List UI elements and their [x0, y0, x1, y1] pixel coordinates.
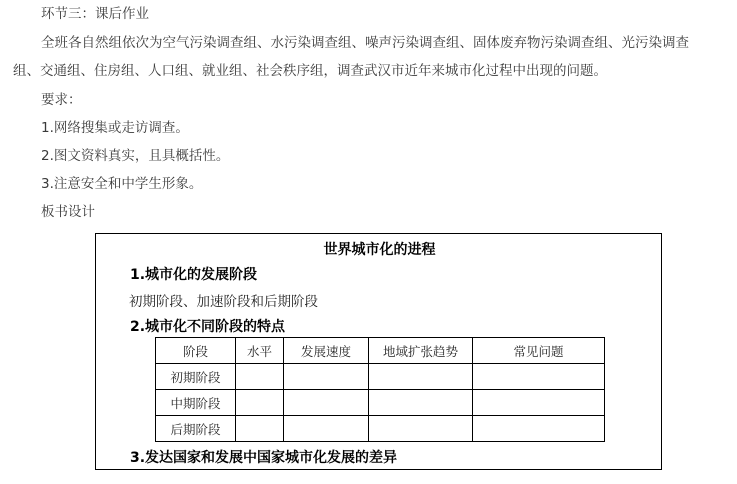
requirement-item-1: 1.网络搜集或走访调查。 [41, 119, 189, 137]
table-cell [369, 416, 473, 442]
board-title: 世界城市化的进程 [96, 239, 663, 259]
column-header: 常见问题 [473, 338, 605, 364]
table-cell [473, 364, 605, 390]
board-design-label: 板书设计 [41, 203, 95, 221]
table-cell [236, 416, 284, 442]
column-header: 发展速度 [284, 338, 369, 364]
stages-table: 阶段 水平 发展速度 地域扩张趋势 常见问题 初期阶段 中期阶段 后期阶段 [155, 337, 605, 442]
board-design-box: 世界城市化的进程 1.城市化的发展阶段 初期阶段、加速阶段和后期阶段 2.城市化… [95, 233, 662, 470]
table-header-row: 阶段 水平 发展速度 地域扩张趋势 常见问题 [156, 338, 605, 364]
table-cell: 初期阶段 [156, 364, 236, 390]
table-cell [473, 390, 605, 416]
table-row: 中期阶段 [156, 390, 605, 416]
requirements-label: 要求： [41, 91, 82, 109]
table-cell [236, 364, 284, 390]
table-cell [284, 416, 369, 442]
table-cell [284, 364, 369, 390]
requirement-item-2: 2.图文资料真实，且具概括性。 [41, 147, 229, 165]
column-header: 水平 [236, 338, 284, 364]
assignment-line-1: 全班各自然组依次为空气污染调查组、水污染调查组、噪声污染调查组、固体废弃物污染调… [41, 34, 689, 52]
requirement-item-3: 3.注意安全和中学生形象。 [41, 175, 202, 193]
table-cell: 后期阶段 [156, 416, 236, 442]
table-cell [369, 364, 473, 390]
column-header: 地域扩张趋势 [369, 338, 473, 364]
section-heading: 环节三：课后作业 [41, 5, 149, 23]
board-heading-2: 2.城市化不同阶段的特点 [130, 316, 285, 336]
board-heading-1: 1.城市化的发展阶段 [130, 264, 257, 284]
table-cell [369, 390, 473, 416]
board-heading-3: 3.发达国家和发展中国家城市化发展的差异 [130, 447, 397, 467]
table-cell: 中期阶段 [156, 390, 236, 416]
table-cell [473, 416, 605, 442]
table-cell [284, 390, 369, 416]
table-row: 初期阶段 [156, 364, 605, 390]
board-text-1: 初期阶段、加速阶段和后期阶段 [129, 290, 318, 310]
table-row: 后期阶段 [156, 416, 605, 442]
assignment-line-2: 组、交通组、住房组、人口组、就业组、社会秩序组，调查武汉市近年来城市化过程中出现… [13, 62, 607, 80]
table-cell [236, 390, 284, 416]
column-header: 阶段 [156, 338, 236, 364]
